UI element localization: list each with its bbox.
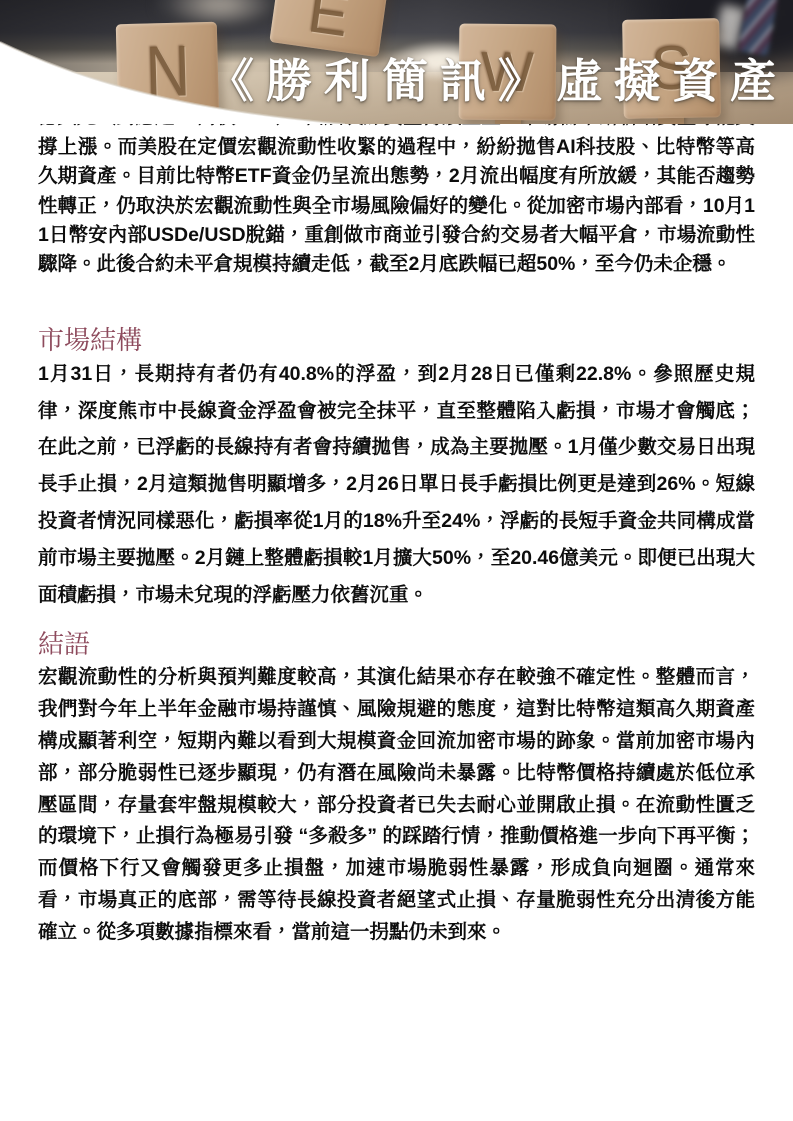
section-market-structure: 市場結構 1月31日，長期持有者仍有40.8%的浮盈，到2月28日已僅剩22.8… — [38, 326, 755, 614]
document-body: 資金層面 本輪加密牛市的核心驅動力，源於比特幣ETF獲批後通道資金持續流入，規模… — [0, 36, 793, 949]
section-paragraph-market-structure: 1月31日，長期持有者仍有40.8%的浮盈，到2月28日已僅剩22.8%。參照歷… — [38, 356, 755, 614]
newsletter-title: 《勝利簡訊》虛擬資產 — [208, 53, 788, 109]
section-paragraph-conclusion: 宏觀流動性的分析與預判難度較高，其演化結果亦存在較強不確定性。整體而言，我們對今… — [38, 662, 755, 948]
hero-banner: N E W S 《勝利簡訊》虛擬資產 — [0, 0, 793, 124]
section-heading-conclusion: 結語 — [38, 630, 755, 658]
newsletter-page: N E W S 《勝利簡訊》虛擬資產 資金層面 本輪加密牛市的核心驅動力，源於比… — [0, 0, 793, 1121]
section-conclusion: 結語 宏觀流動性的分析與預判難度較高，其演化結果亦存在較強不確定性。整體而言，我… — [38, 630, 755, 948]
section-heading-market-structure: 市場結構 — [38, 326, 755, 354]
